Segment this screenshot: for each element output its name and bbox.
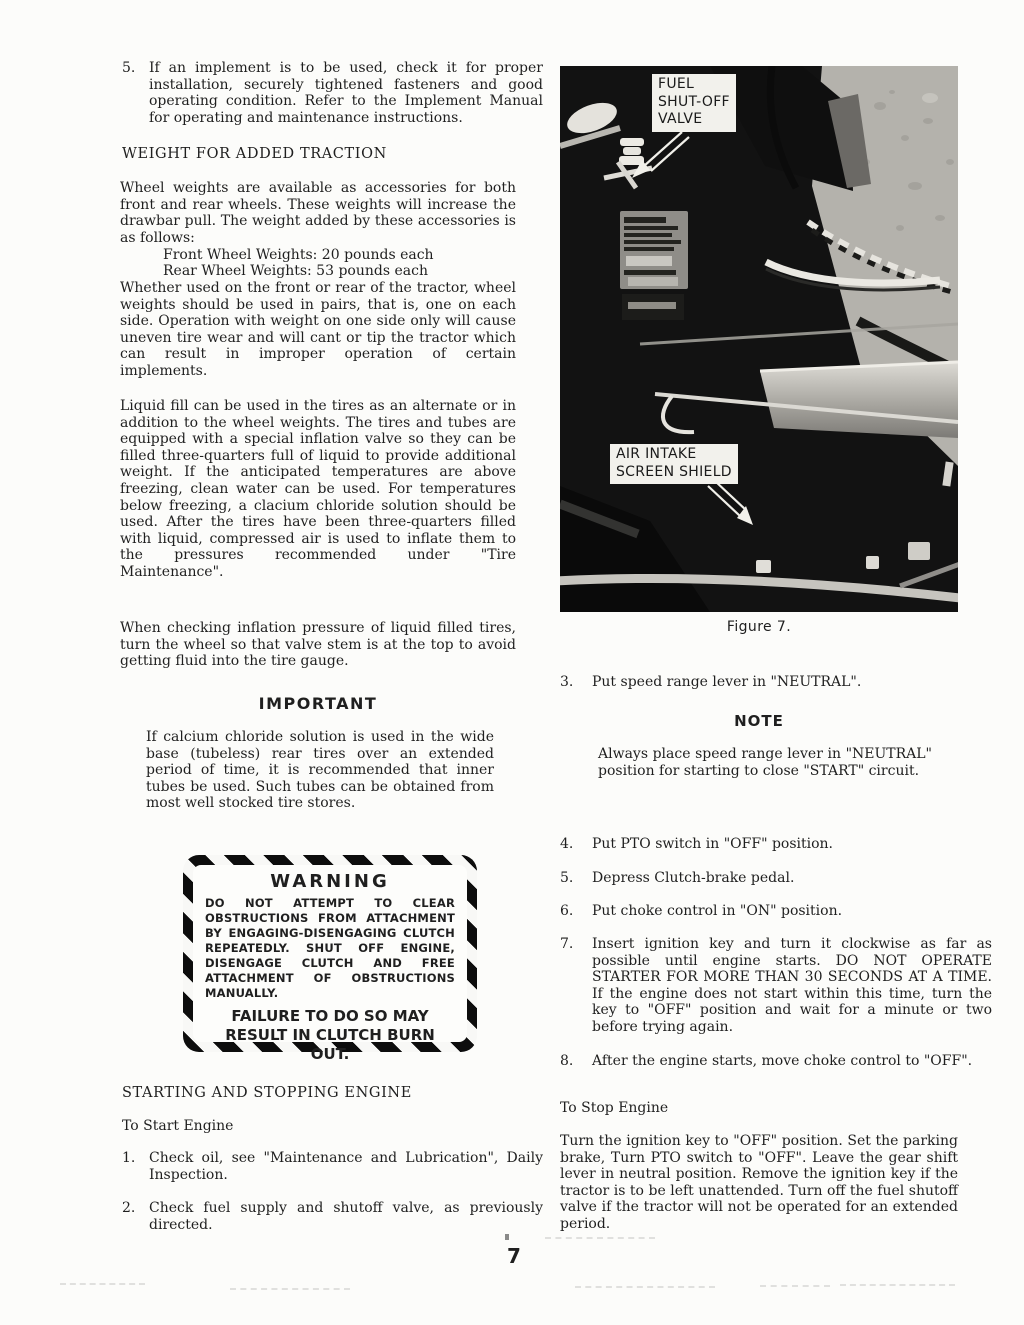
scan-artifact	[545, 1237, 655, 1239]
warning-title: WARNING	[205, 871, 455, 892]
rear-wheel-weights-line: Rear Wheel Weights: 53 pounds each	[163, 263, 428, 280]
step-text: After the engine starts, move choke cont…	[592, 1053, 972, 1069]
warning-footer: FAILURE TO DO SO MAY RESULT IN CLUTCH BU…	[205, 1007, 455, 1064]
step-text: Put speed range lever in "NEUTRAL".	[592, 674, 861, 690]
paragraph-wheel-weights-intro: Wheel weights are available as accessori…	[120, 180, 516, 246]
important-heading: IMPORTANT	[120, 694, 516, 713]
step-text: Put choke control in "ON" position.	[592, 903, 842, 919]
step-number: 8.	[560, 1053, 573, 1070]
list-item-5: 5.If an implement is to be used, check i…	[122, 60, 543, 126]
scan-artifact	[760, 1285, 830, 1287]
manual-page: 5.If an implement is to be used, check i…	[0, 0, 1024, 1325]
list-number: 2.	[122, 1200, 135, 1217]
subheading-to-start-engine: To Start Engine	[122, 1118, 233, 1135]
step-3: 3.Put speed range lever in "NEUTRAL".	[560, 674, 990, 691]
list-text: Check fuel supply and shutoff valve, as …	[149, 1200, 543, 1233]
step-number: 5.	[560, 870, 573, 887]
note-text: Always place speed range lever in "NEUTR…	[598, 746, 932, 779]
paragraph-wheel-weights-pairs: Whether used on the front or rear of the…	[120, 280, 516, 380]
scan-artifact	[840, 1284, 955, 1286]
scan-artifact	[575, 1286, 715, 1288]
scan-artifact	[60, 1283, 145, 1285]
warning-box: WARNING DO NOT ATTEMPT TO CLEAR OBSTRUCT…	[183, 855, 477, 1052]
warning-box-inner: WARNING DO NOT ATTEMPT TO CLEAR OBSTRUCT…	[193, 865, 467, 1042]
scan-artifact	[230, 1288, 350, 1290]
list-text: Check oil, see "Maintenance and Lubricat…	[149, 1150, 543, 1183]
list-number: 5.	[122, 60, 135, 77]
photo-label-air-intake-screen-shield: AIR INTAKE SCREEN SHIELD	[610, 444, 738, 484]
step-6: 6.Put choke control in "ON" position.	[560, 903, 990, 920]
figure-7-photo: FUEL SHUT-OFF VALVE AIR INTAKE SCREEN SH…	[560, 66, 958, 612]
paragraph-calcium-chloride: If calcium chloride solution is used in …	[146, 729, 494, 812]
list-item-2: 2.Check fuel supply and shutoff valve, a…	[122, 1200, 543, 1233]
paragraph-liquid-fill: Liquid fill can be used in the tires as …	[120, 398, 516, 581]
section-heading-starting-stopping-engine: STARTING AND STOPPING ENGINE	[122, 1085, 516, 1102]
scan-artifact	[505, 1234, 509, 1240]
photo-label-fuel-shut-off-valve: FUEL SHUT-OFF VALVE	[652, 74, 736, 132]
list-text: If an implement is to be used, check it …	[149, 60, 543, 126]
list-number: 1.	[122, 1150, 135, 1167]
step-text: Insert ignition key and turn it clockwis…	[592, 936, 992, 1035]
section-heading-weight-for-added-traction: WEIGHT FOR ADDED TRACTION	[122, 146, 516, 163]
step-text: Put PTO switch in "OFF" position.	[592, 836, 833, 852]
step-4: 4.Put PTO switch in "OFF" position.	[560, 836, 990, 853]
step-number: 6.	[560, 903, 573, 920]
step-text: Depress Clutch-brake pedal.	[592, 870, 794, 886]
page-number: 7	[507, 1244, 521, 1268]
paragraph-checking-inflation: When checking inflation pressure of liqu…	[120, 620, 516, 670]
warning-body: DO NOT ATTEMPT TO CLEAR OBSTRUCTIONS FRO…	[205, 896, 455, 1001]
step-number: 3.	[560, 674, 573, 691]
figure-caption: Figure 7.	[560, 619, 958, 635]
paragraph-stop-engine: Turn the ignition key to "OFF" position.…	[560, 1133, 958, 1233]
front-wheel-weights-line: Front Wheel Weights: 20 pounds each	[163, 247, 434, 264]
figure-7-photo-art	[560, 66, 958, 612]
note-heading: NOTE	[560, 712, 958, 730]
step-7: 7.Insert ignition key and turn it clockw…	[560, 936, 992, 1036]
step-8: 8.After the engine starts, move choke co…	[560, 1053, 990, 1070]
step-number: 7.	[560, 936, 573, 953]
step-number: 4.	[560, 836, 573, 853]
list-item-1: 1.Check oil, see "Maintenance and Lubric…	[122, 1150, 543, 1183]
subheading-to-stop-engine: To Stop Engine	[560, 1100, 668, 1117]
step-5: 5.Depress Clutch-brake pedal.	[560, 870, 990, 887]
